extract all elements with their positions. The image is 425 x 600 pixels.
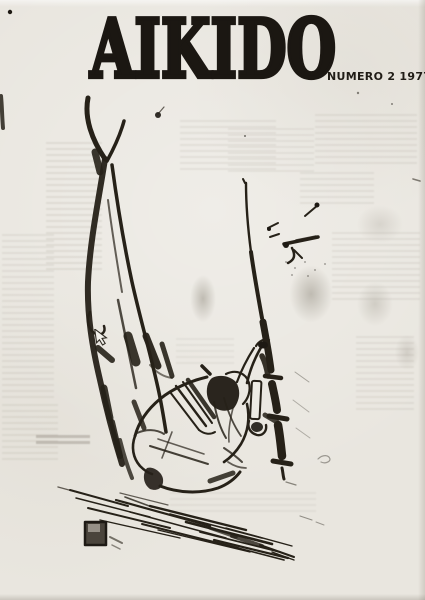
mouse-cursor-icon <box>94 327 111 349</box>
figure-hand <box>258 342 268 349</box>
tree-trunk <box>87 98 172 478</box>
magazine-cover-page: AIKIDO NUMERO 2 1977 <box>0 0 425 600</box>
dragonfly <box>267 203 326 278</box>
knife <box>250 381 261 419</box>
cover-illustration <box>0 0 425 600</box>
stump <box>85 522 122 549</box>
figure-hair <box>207 376 239 411</box>
